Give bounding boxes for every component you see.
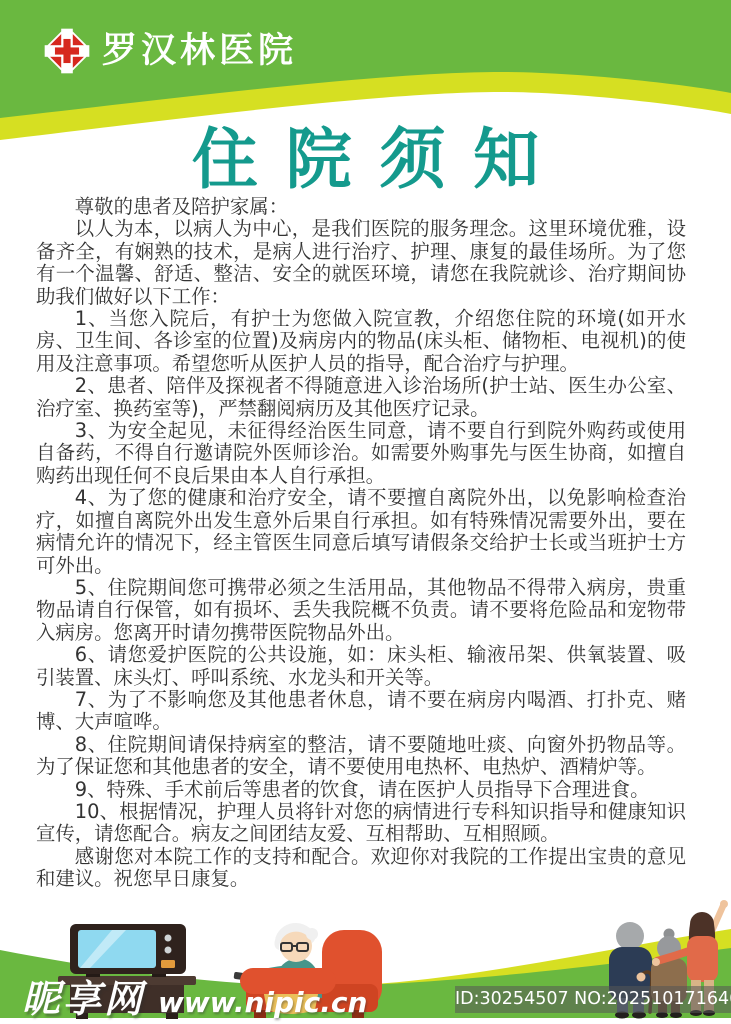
stock-id-bar: ID:30254507 NO:20251017164652768108 — [455, 986, 731, 1013]
rule-item-8: 8、住院期间请保持病室的整洁，请不要随地吐痰、向窗外扔物品等。为了保证您和其他患… — [36, 734, 686, 779]
hospital-notice-poster: 罗汉林医院 住院须知 尊敬的患者及陪护家属： 以人为本，以病人为中心，是我们医院… — [0, 0, 731, 1024]
hospital-cross-logo-icon — [42, 26, 92, 76]
hospital-name: 罗汉林医院 — [102, 26, 297, 76]
watermark-url: www.nipic.cn — [158, 986, 367, 1019]
rule-item-1: 1、当您入院后，有护士为您做入院宣教，介绍您住院的环境(如开水房、卫生间、各诊室… — [36, 308, 686, 375]
greeting-line: 尊敬的患者及陪护家属： — [36, 196, 686, 218]
rule-item-10: 10、根据情况，护理人员将针对您的病情进行专科知识指导和健康知识宣传，请您配合。… — [36, 801, 686, 846]
brand: 罗汉林医院 — [42, 26, 297, 76]
rule-item-5: 5、住院期间您可携带必须之生活用品，其他物品不得带入病房，贵重物品请自行保管，如… — [36, 577, 686, 644]
rule-item-4: 4、为了您的健康和治疗安全，请不要擅自离院外出，以免影响检查治疗，如擅自离院外出… — [36, 487, 686, 577]
notice-body: 尊敬的患者及陪护家属： 以人为本，以病人为中心，是我们医院的服务理念。这里环境优… — [36, 196, 686, 891]
intro-paragraph: 以人为本，以病人为中心，是我们医院的服务理念。这里环境优雅，设备齐全，有娴熟的技… — [36, 218, 686, 308]
watermark-site-name: 昵享网 — [22, 968, 145, 1023]
rule-item-9: 9、特殊、手术前后等患者的饮食，请在医护人员指导下合理进食。 — [36, 779, 686, 801]
rule-item-2: 2、患者、陪伴及探视者不得随意进入诊治场所(护士站、医生办公室、治疗室、换药室等… — [36, 375, 686, 420]
rule-item-7: 7、为了不影响您及其他患者休息，请不要在病房内喝酒、打扑克、赌博、大声喧哗。 — [36, 689, 686, 734]
rule-item-6: 6、请您爱护医院的公共设施，如：床头柜、输液吊架、供氧装置、吸引装置、床头灯、呼… — [36, 644, 686, 689]
rule-item-3: 3、为安全起见，未征得经治医生同意，请不要自行到院外购药或使用自备药，不得自行邀… — [36, 420, 686, 487]
page-title: 住院须知 — [0, 106, 731, 201]
watermark: 昵享网 www.nipic.cn — [22, 968, 367, 1023]
